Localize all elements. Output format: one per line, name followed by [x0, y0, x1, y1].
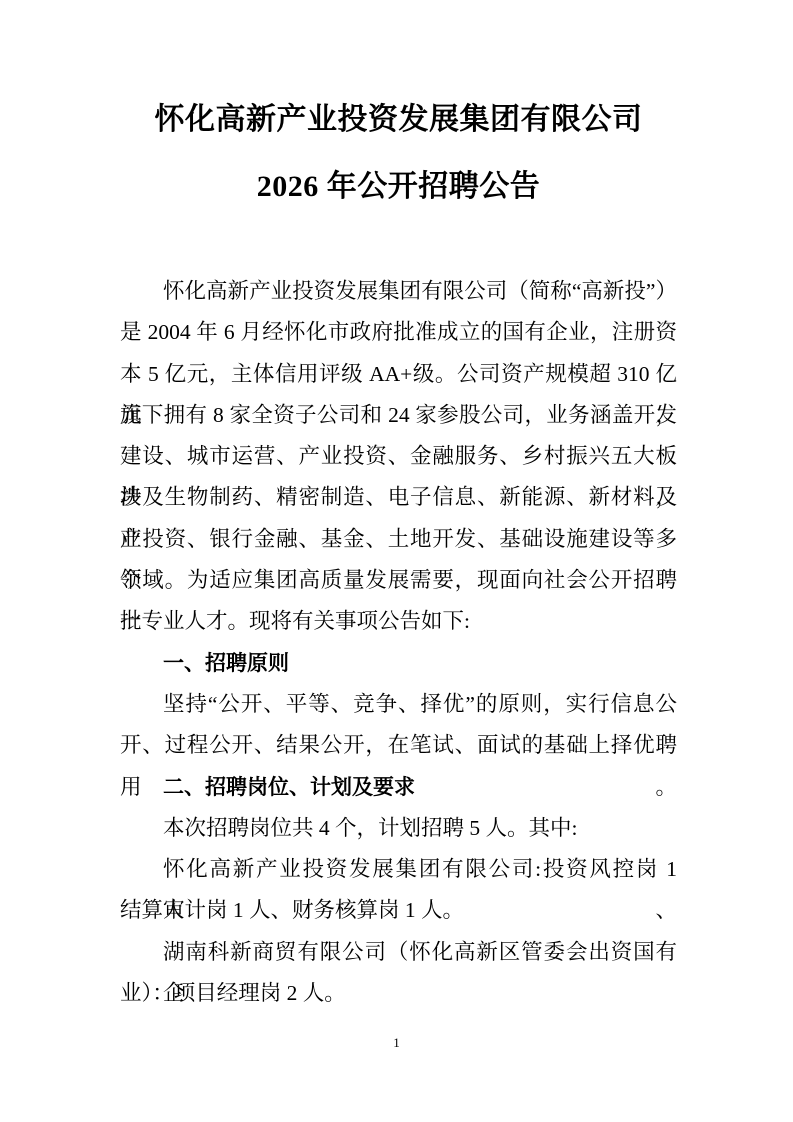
document-page: 怀化高新产业投资发展集团有限公司 2026 年公开招聘公告 怀化高新产业投资发展…	[0, 0, 793, 1122]
section-heading-1: 一、招聘原则	[120, 643, 677, 684]
body-line: 本 5 亿元，主体信用评级 AA+级。公司资产规模超 310 亿元，	[120, 354, 677, 395]
document-title-line-2: 2026 年公开招聘公告	[120, 168, 677, 206]
page-number: 1	[0, 1035, 793, 1051]
document-body: 怀化高新产业投资发展集团有限公司（简称“高新投”） 是 2004 年 6 月经怀…	[120, 271, 677, 1014]
body-line: 湖南科新商贸有限公司（怀化高新区管委会出资国有企	[120, 932, 677, 973]
body-line: 怀化高新产业投资发展集团有限公司:投资风控岗 1 人、	[120, 849, 677, 890]
body-line: 坚持“公开、平等、竞争、择优”的原则，实行信息公	[120, 684, 677, 725]
body-line: 涉及生物制药、精密制造、电子信息、新能源、新材料及产	[120, 477, 677, 518]
body-line: 业）：项目经理岗 2 人。	[120, 973, 677, 1014]
body-line: 领域。为适应集团高质量发展需要，现面向社会公开招聘一	[120, 560, 677, 601]
body-line: 建设、城市运营、产业投资、金融服务、乡村振兴五大板块，	[120, 436, 677, 477]
body-line: 批专业人才。现将有关事项公告如下:	[120, 601, 677, 642]
body-line: 旗下拥有 8 家全资子公司和 24 家参股公司，业务涵盖开发	[120, 395, 677, 436]
body-line: 开、过程公开、结果公开，在笔试、面试的基础上择优聘用。	[120, 725, 677, 766]
document-title-line-1: 怀化高新产业投资发展集团有限公司	[120, 101, 677, 139]
body-line: 业投资、银行金融、基金、土地开发、基础设施建设等多个	[120, 519, 677, 560]
body-line: 本次招聘岗位共 4 个，计划招聘 5 人。其中:	[120, 808, 677, 849]
body-line: 怀化高新产业投资发展集团有限公司（简称“高新投”）	[120, 271, 677, 312]
body-line: 是 2004 年 6 月经怀化市政府批准成立的国有企业，注册资	[120, 312, 677, 353]
